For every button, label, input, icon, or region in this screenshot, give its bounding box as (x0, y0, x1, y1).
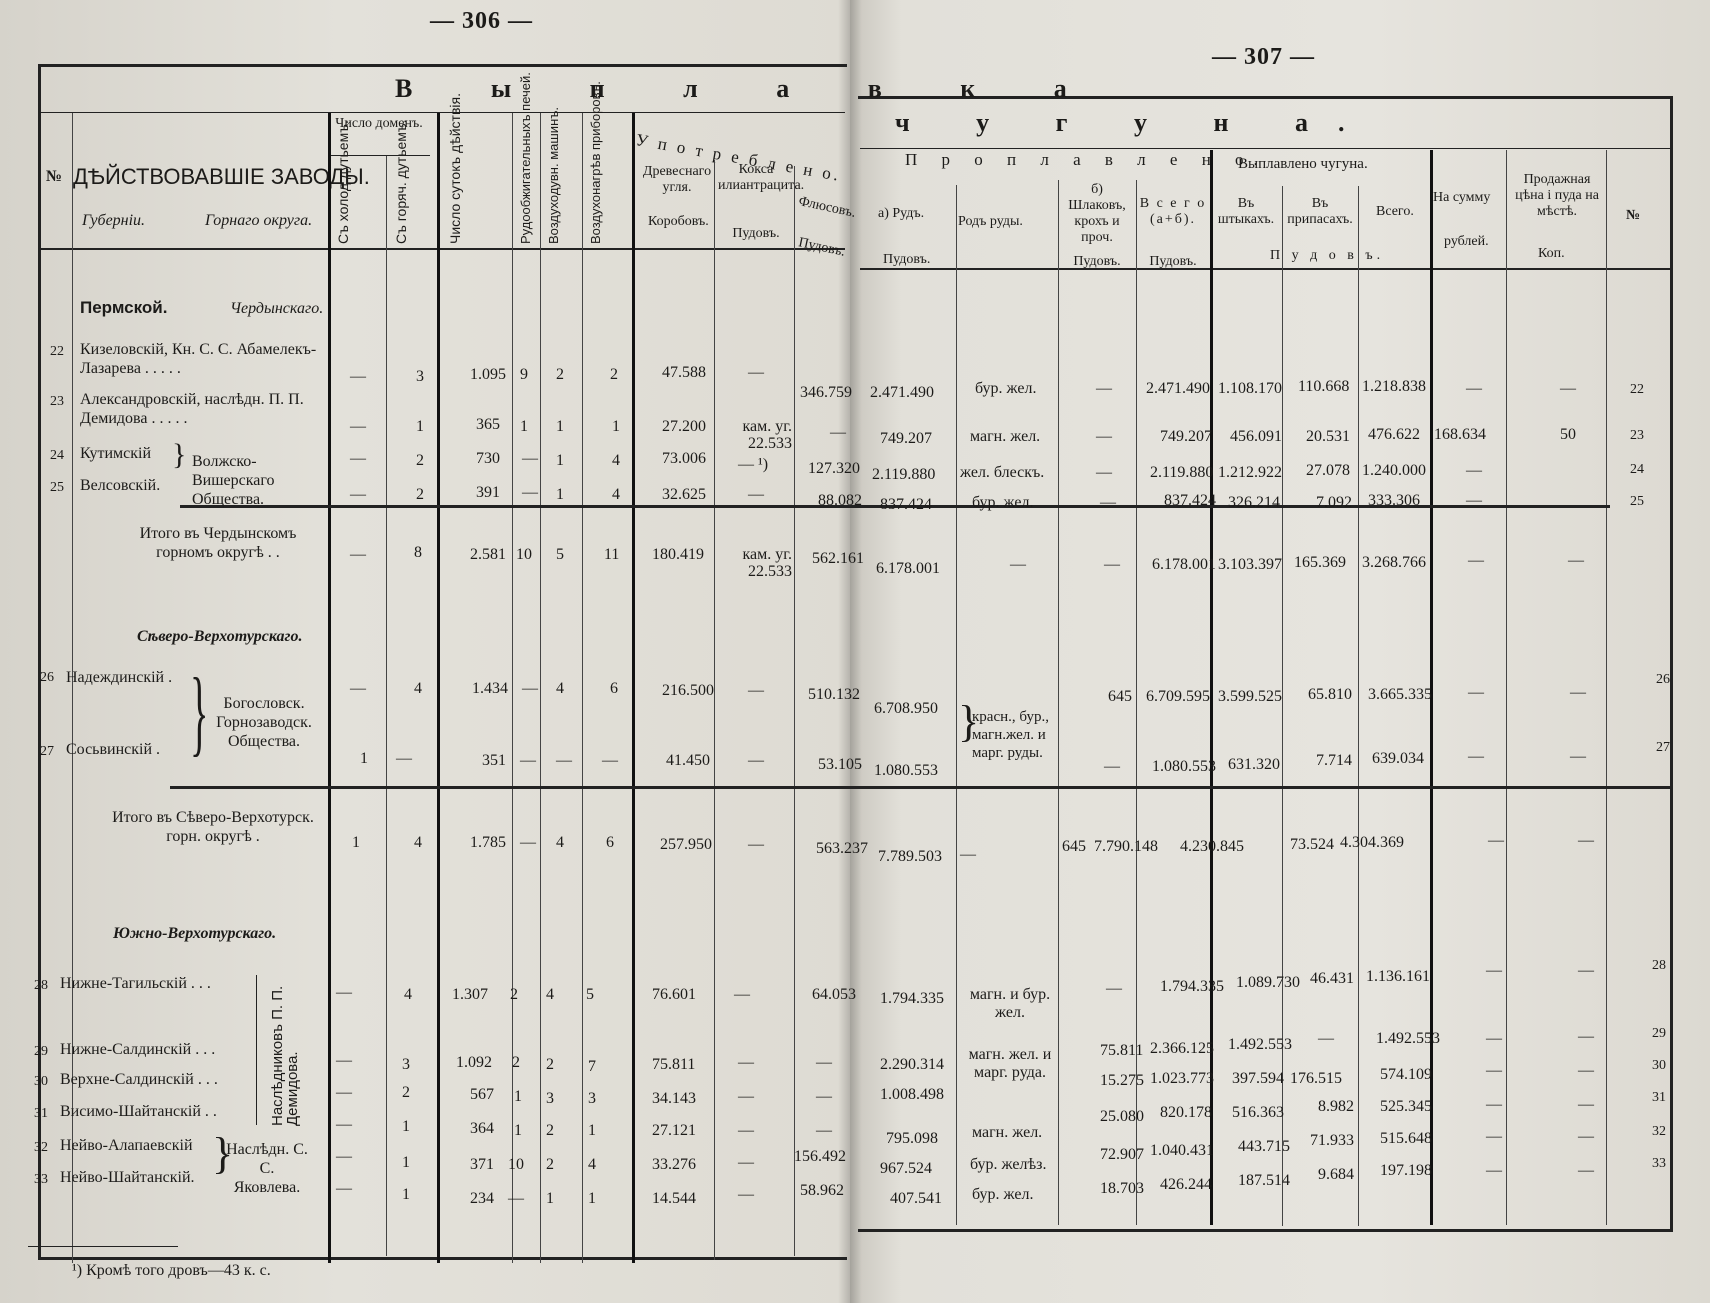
cell-hot-blast: 2 (416, 452, 424, 470)
owner-group: Наслѣдн. С. С. Яковлева. (226, 1140, 308, 1197)
cell-days: 351 (482, 752, 506, 770)
cell-sum: — (1486, 1030, 1502, 1048)
cell-ores: 407.541 (890, 1190, 942, 1208)
cell-slag: 645 (1108, 688, 1132, 706)
cell-days: 1.434 (472, 680, 508, 698)
factory-name: Надеждинскій . (66, 668, 172, 687)
cell-price: — (1568, 552, 1584, 570)
cell-pigs: 443.715 (1238, 1138, 1290, 1156)
header-slag: б) Шлаковъ, крохъ и проч. (1062, 182, 1132, 246)
header-in-castings: Въ припасахъ. (1284, 196, 1356, 228)
cell-cold-blast: — (350, 680, 366, 698)
header-roasting-kilns: Рудообжигательныхъ печей. (518, 116, 533, 244)
header-slag-unit: Пудовъ. (1062, 254, 1132, 270)
cell-coke: — (738, 1122, 754, 1140)
cell-heaters: 4 (612, 486, 620, 504)
row-number: 26 (40, 670, 54, 686)
cell-total-ab: 2.119.880 (1150, 464, 1213, 482)
cell-total-ab: 1.040.431 (1150, 1142, 1214, 1160)
cell-price: 50 (1560, 426, 1576, 444)
header-in-pigs: Въ штыкахъ. (1214, 196, 1278, 228)
cell-kilns: — (508, 1190, 524, 1208)
row-number: 29 (34, 1044, 48, 1060)
header-hot-blast: Съ горяч. дутьемъ. (394, 162, 409, 244)
cell-heaters: 6 (610, 680, 618, 698)
cell-pig-total: 1.136.161 (1366, 968, 1430, 986)
cell-cold-blast: — (350, 450, 366, 468)
cell-ore-type: — (960, 846, 976, 864)
cell-price: — (1560, 380, 1576, 398)
factory-name: Висимо-Шайтанскій . . (60, 1102, 217, 1121)
cell-total-ab: 749.207 (1160, 428, 1212, 446)
cell-engines: 4 (546, 986, 554, 1004)
cell-charcoal: 41.450 (666, 752, 710, 770)
cell-charcoal: 73.006 (662, 450, 706, 468)
header-coke-unit: Пудовъ. (718, 226, 794, 242)
cell-ores: 967.524 (880, 1160, 932, 1178)
row-number-right: 32 (1652, 1124, 1666, 1140)
cell-price: — (1578, 832, 1594, 850)
row-number: 25 (50, 480, 64, 496)
cell-total-ab: 820.178 (1160, 1104, 1212, 1122)
row-number-right: 28 (1652, 958, 1666, 974)
cell-kilns: 10 (516, 546, 532, 564)
cell-pig-total: 525.345 (1380, 1098, 1432, 1116)
cell-coke: — (748, 682, 764, 700)
row-number: 24 (50, 448, 64, 464)
cell-days: 1.095 (470, 366, 506, 384)
cell-flux: — (816, 1054, 832, 1072)
header-bottom-right (860, 268, 1670, 270)
cell-charcoal: 32.625 (662, 486, 706, 504)
cell-pigs: 4.230.845 (1180, 838, 1244, 856)
col-divider (1136, 180, 1137, 1225)
cell-engines: 1 (556, 486, 564, 504)
cell-sum: — (1486, 1162, 1502, 1180)
cell-engines: 5 (556, 546, 564, 564)
cell-pig-total: 197.198 (1380, 1162, 1432, 1180)
subtotal-label: Итого въ Сѣверо-Верхотурск. горн. округѣ… (100, 808, 326, 846)
col-divider (632, 113, 635, 1263)
cell-ores: 2.119.880 (872, 466, 935, 484)
cell-days: 567 (470, 1086, 494, 1104)
cell-castings: 176.515 (1290, 1070, 1342, 1088)
cell-ore-type: магн. жел. (970, 428, 1040, 446)
cell-charcoal: 180.419 (652, 546, 704, 564)
cell-flux: 88.082 (818, 492, 862, 510)
cell-flux: — (830, 424, 846, 442)
row-number-right: 31 (1652, 1090, 1666, 1106)
cell-charcoal: 27.121 (652, 1122, 696, 1140)
cell-ore-type: магн. жел. (972, 1124, 1042, 1142)
col-divider (72, 113, 73, 1263)
cell-ore-type: бур. жел. (972, 494, 1033, 512)
cell-engines: 4 (556, 834, 564, 852)
cell-price: — (1578, 1028, 1594, 1046)
cell-slag: — (1104, 758, 1120, 776)
cell-ores: 837.424 (880, 496, 932, 514)
section-district-cherdyn: Чердынскаго. (230, 300, 323, 318)
footnote-rule (28, 1246, 178, 1247)
cell-heaters: 4 (612, 452, 620, 470)
cell-flux: 58.962 (800, 1182, 844, 1200)
cell-engines: 4 (556, 680, 564, 698)
cell-flux: — (816, 1122, 832, 1140)
cell-pig-total: 1.492.553 (1376, 1030, 1440, 1048)
cell-ores: 6.708.950 (874, 700, 938, 718)
cell-engines: 2 (546, 1156, 554, 1174)
cell-total-ab: 1.023.773 (1150, 1070, 1214, 1088)
cell-castings: 65.810 (1308, 686, 1352, 704)
cell-kilns: — (522, 484, 538, 502)
cell-heaters: 6 (606, 834, 614, 852)
cell-cold-blast: 1 (352, 834, 360, 852)
col-divider (1506, 150, 1507, 1225)
cell-castings: 8.982 (1318, 1098, 1354, 1116)
header-sum-unit: рублей. (1444, 234, 1489, 250)
cell-slag: 18.703 (1100, 1180, 1144, 1198)
cell-slag: 15.275 (1100, 1072, 1144, 1090)
cell-ores: 795.098 (886, 1130, 938, 1148)
cell-price: — (1570, 684, 1586, 702)
factory-name: Александровскій, наслѣдн. П. П. Демидова… (80, 390, 325, 428)
cell-sum: — (1466, 380, 1482, 398)
cell-pig-total: 4.304.369 (1340, 834, 1404, 852)
cell-kilns: 2 (512, 1054, 520, 1072)
cell-price: — (1578, 1128, 1594, 1146)
col-divider (714, 160, 715, 1260)
cell-pig-total: 333.306 (1368, 492, 1420, 510)
row-number-right: 27 (1656, 740, 1670, 756)
cell-heaters: — (602, 752, 618, 770)
row-number-right: 22 (1630, 382, 1644, 398)
cell-castings: 7.092 (1316, 494, 1352, 512)
cell-price: — (1578, 1062, 1594, 1080)
cell-days: 730 (476, 450, 500, 468)
header-ores-unit: Пудовъ. (883, 252, 930, 268)
header-factories: ДѢЙСТВОВАВШІЕ ЗАВОДЫ. (73, 164, 370, 190)
cell-engines: 1 (556, 418, 564, 436)
cell-slag: 72.907 (1100, 1146, 1144, 1164)
cell-ores: 2.290.314 (880, 1056, 944, 1074)
cell-cold-blast: — (350, 486, 366, 504)
cell-castings: 110.668 (1298, 378, 1349, 396)
cell-ore-type: бур. желѣз. (970, 1156, 1046, 1174)
header-pig-total: Всего. (1376, 204, 1414, 220)
cell-flux: 346.759 (800, 384, 852, 402)
row-number: 30 (34, 1074, 48, 1090)
owner-group: Волжско-Вишерскаго Общества. (192, 452, 327, 509)
cell-engines: 3 (546, 1090, 554, 1108)
cell-sum: — (1466, 462, 1482, 480)
cell-hot-blast: 4 (414, 680, 422, 698)
cell-days: 1.092 (456, 1054, 492, 1072)
cell-engines: 2 (546, 1056, 554, 1074)
cell-cold-blast: — (350, 368, 366, 386)
cell-ore-type: магн. жел. и марг. руда. (960, 1046, 1060, 1082)
cell-pig-total: 3.268.766 (1362, 554, 1426, 572)
cell-flux: — (816, 1088, 832, 1106)
header-no: № (46, 168, 62, 186)
cell-kilns: 1 (514, 1122, 522, 1140)
cell-pig-total: 1.218.838 (1362, 378, 1426, 396)
cell-ore-type: — (1010, 556, 1026, 574)
col-divider (328, 113, 331, 1263)
header-charcoal: Древеснаго угля. (640, 164, 714, 196)
section-district-south-verkhoturye: Южно-Верхотурскаго. (113, 925, 276, 943)
col-divider (437, 113, 440, 1263)
col-divider (1358, 186, 1359, 1226)
cell-heaters: 4 (588, 1156, 596, 1174)
cell-sum: — (1468, 684, 1484, 702)
cell-ore-type: бур. жел. (972, 1186, 1033, 1204)
cell-engines: 1 (546, 1190, 554, 1208)
cell-coke: — (738, 1088, 754, 1106)
cell-sum: — (1486, 1128, 1502, 1146)
cell-flux: 156.492 (794, 1148, 846, 1166)
cell-kilns: — (520, 752, 536, 770)
cell-cold-blast: 1 (360, 750, 368, 768)
cell-charcoal: 47.588 (662, 364, 706, 382)
cell-coke: — (748, 752, 764, 770)
cell-hot-blast: 1 (416, 418, 424, 436)
col-divider (1606, 150, 1607, 1225)
cell-sum: — (1466, 492, 1482, 510)
header-total-ab: В с е г о (а+б). (1138, 196, 1208, 228)
cell-castings: 27.078 (1306, 462, 1350, 480)
cell-price: — (1570, 748, 1586, 766)
header-charcoal-unit: Коробовъ. (648, 214, 708, 230)
cell-ores: 6.178.001 (876, 560, 940, 578)
cell-charcoal: 76.601 (652, 986, 696, 1004)
factory-name: Велсовскій. (80, 476, 160, 495)
header-ore-type: Родъ руды. (958, 214, 1023, 230)
row-number: 22 (50, 344, 64, 360)
cell-hot-blast: 1 (402, 1154, 410, 1172)
cell-cold-blast: — (336, 1180, 352, 1198)
cell-hot-blast: 8 (414, 544, 422, 562)
header-cold-blast: Съ холод дутьемъ. (336, 162, 351, 244)
header-rule-right (860, 148, 1670, 149)
row-number: 27 (40, 744, 54, 760)
cell-engines: — (556, 752, 572, 770)
cell-slag: — (1104, 556, 1120, 574)
factory-name: Кизеловскій, Кн. С. С. Абамелекъ-Лазарев… (80, 340, 325, 378)
cell-days: 2.581 (470, 546, 506, 564)
cell-cold-blast: — (350, 546, 366, 564)
row-number-right: 23 (1630, 428, 1644, 444)
cell-castings: 71.933 (1310, 1132, 1354, 1150)
cell-kilns: 1 (514, 1088, 522, 1106)
cell-flux: 127.320 (808, 460, 860, 478)
footnote: ¹) Кромѣ того дровъ—43 к. с. (72, 1262, 271, 1280)
header-price: Продажная цѣна і пуда на мѣстѣ. (1510, 172, 1604, 220)
row-number-right: 24 (1630, 462, 1644, 478)
cell-slag: 645 (1062, 838, 1086, 856)
col-divider (956, 185, 957, 1225)
cell-cold-blast: — (336, 1052, 352, 1070)
cell-coke: — (738, 1154, 754, 1172)
cell-coke: кам. уг. 22.533 (718, 546, 792, 580)
header-ores: а) Рудъ. (878, 206, 924, 222)
cell-ore-type: бур. жел. (975, 380, 1036, 398)
col-divider (540, 113, 541, 1263)
header-sum: На сумму (1433, 190, 1490, 206)
cell-price: — (1578, 1096, 1594, 1114)
header-blowing-engines: Воздуходувн. машинъ. (546, 116, 561, 244)
cell-charcoal: 34.143 (652, 1090, 696, 1108)
cell-pig-total: 515.648 (1380, 1130, 1432, 1148)
cell-slag: 75.811 (1100, 1042, 1143, 1060)
row-number-right: 33 (1652, 1156, 1666, 1172)
header-no-right: № (1626, 208, 1640, 224)
cell-flux: 53.105 (818, 756, 862, 774)
cell-coke: — (738, 1186, 754, 1204)
cell-cold-blast: — (336, 984, 352, 1002)
col-divider (1210, 150, 1213, 1225)
cell-heaters: 2 (610, 366, 618, 384)
cell-total-ab: 2.471.490 (1146, 380, 1210, 398)
cell-pig-total: 3.665.335 (1368, 686, 1432, 704)
cell-coke: — (734, 986, 750, 1004)
cell-hot-blast: 2 (402, 1084, 410, 1102)
cell-pig-total: 639.034 (1372, 750, 1424, 768)
bracket-line (256, 975, 259, 1125)
cell-sum: — (1488, 832, 1504, 850)
cell-castings: 73.524 (1290, 836, 1334, 854)
cell-flux: 562.161 (812, 550, 864, 568)
cell-days: 371 (470, 1156, 494, 1174)
cell-ore-type: красн., бур., магн.жел. и марг. руды. (972, 708, 1068, 762)
row-number-right: 29 (1652, 1026, 1666, 1042)
cell-slag: — (1096, 464, 1112, 482)
cell-pigs: 1.108.170 (1218, 380, 1282, 398)
cell-sum: — (1468, 552, 1484, 570)
cell-pigs: 397.594 (1232, 1070, 1284, 1088)
cell-castings: 20.531 (1306, 428, 1350, 446)
owner-group: Богословск. Горнозаводск. Общества. (200, 694, 328, 751)
col-divider (512, 113, 513, 1263)
cell-kilns: — (522, 450, 538, 468)
cell-charcoal: 33.276 (652, 1156, 696, 1174)
brace-icon: } (172, 440, 186, 470)
cell-castings: 7.714 (1316, 752, 1352, 770)
cell-heaters: 7 (588, 1058, 596, 1076)
cell-ores: 2.471.490 (870, 384, 934, 402)
cell-heaters: 11 (604, 546, 619, 564)
cell-kilns: — (522, 680, 538, 698)
cell-heaters: 1 (612, 418, 620, 436)
cell-total-ab: 426.244 (1160, 1176, 1212, 1194)
cell-hot-blast: 1 (402, 1118, 410, 1136)
cell-sum: — (1486, 1062, 1502, 1080)
cell-heaters: 3 (588, 1090, 596, 1108)
cell-heaters: 1 (588, 1122, 596, 1140)
cell-days: 364 (470, 1120, 494, 1138)
cell-pigs: 326.214 (1228, 494, 1280, 512)
cell-pigs: 1.212.922 (1218, 464, 1282, 482)
cell-flux: 64.053 (812, 986, 856, 1004)
cell-days: 365 (476, 416, 500, 434)
cell-pigs: 456.091 (1230, 428, 1282, 446)
cell-charcoal: 14.544 (652, 1190, 696, 1208)
col-divider (794, 166, 795, 1256)
row-number-right: 26 (1656, 672, 1670, 688)
owner-group: Наслѣдниковъ П. П. Демидова. (270, 976, 310, 1126)
col-divider (386, 156, 387, 1256)
cell-kilns: 10 (508, 1156, 524, 1174)
row-number: 28 (34, 978, 48, 994)
cell-days: 391 (476, 484, 500, 502)
cell-ores: 749.207 (880, 430, 932, 448)
cell-pigs: 516.363 (1232, 1104, 1284, 1122)
cell-pigs: 631.320 (1228, 756, 1280, 774)
header-mining-district: Горнаго округа. (205, 212, 312, 230)
col-divider (582, 113, 583, 1263)
subtotal-rule-north-verkhoturye (170, 786, 1670, 789)
cell-cold-blast: — (336, 1148, 352, 1166)
header-rule-left (40, 112, 845, 113)
cell-days: 234 (470, 1190, 494, 1208)
cell-flux: 563.237 (816, 840, 868, 858)
cell-charcoal: 216.500 (662, 682, 714, 700)
factory-name: Верхне-Салдинскій . . . (60, 1070, 218, 1089)
factory-name: Нижне-Тагильскій . . . (60, 974, 211, 993)
cell-pig-total: 574.109 (1380, 1066, 1432, 1084)
page-number-left: — 306 — (430, 8, 533, 35)
header-pig-unit: П у д о в ъ. (1270, 248, 1384, 264)
cell-sum: — (1468, 748, 1484, 766)
table-title-right: ч у г у н а. (895, 108, 1374, 138)
cell-days: 1.785 (470, 834, 506, 852)
cell-ores: 1.080.553 (874, 762, 938, 780)
cell-hot-blast: 3 (416, 368, 424, 386)
header-air-heaters: Воздухонагрѣв приборовъ. (588, 116, 603, 244)
section-district-north-verkhoturye: Сѣверо-Верхотурскаго. (137, 628, 302, 646)
cell-coke: — (748, 364, 764, 382)
cell-hot-blast: 4 (414, 834, 422, 852)
cell-total-ab: 2.366.125 (1150, 1040, 1214, 1058)
subtotal-label: Итого въ Чердынскомъ горномъ округѣ . . (110, 524, 326, 562)
cell-slag: — (1106, 980, 1122, 998)
cell-charcoal: 27.200 (662, 418, 706, 436)
cell-total-ab: 837.424 (1164, 492, 1216, 510)
cell-engines: 1 (556, 452, 564, 470)
header-total-ab-unit: Пудовъ. (1138, 254, 1208, 270)
header-price-unit: Коп. (1538, 246, 1565, 262)
cell-pigs: 3.103.397 (1218, 556, 1282, 574)
cell-heaters: 5 (586, 986, 594, 1004)
cell-pigs: 1.492.553 (1228, 1036, 1292, 1054)
cell-ores: 1.794.335 (880, 990, 944, 1008)
header-smelted: П р о п л а в л е н о. (905, 150, 1268, 170)
factory-name: Нейво-Шайтанскій. (60, 1168, 195, 1187)
cell-kilns: 9 (520, 366, 528, 384)
factory-name: Кутимскій (80, 444, 151, 463)
cell-pigs: 1.089.730 (1236, 974, 1300, 992)
cell-cold-blast: — (336, 1084, 352, 1102)
header-bottom-left (40, 248, 845, 250)
cell-coke: — (748, 486, 764, 504)
section-province-perm: Пермской. (80, 298, 167, 318)
cell-kilns: — (520, 834, 536, 852)
header-coke: Кокса илиантрацита. (718, 162, 794, 194)
cell-ores: 7.789.503 (878, 848, 942, 866)
row-number: 33 (34, 1172, 48, 1188)
cell-engines: 2 (556, 366, 564, 384)
cell-pig-total: 1.240.000 (1362, 462, 1426, 480)
cell-engines: 2 (546, 1122, 554, 1140)
